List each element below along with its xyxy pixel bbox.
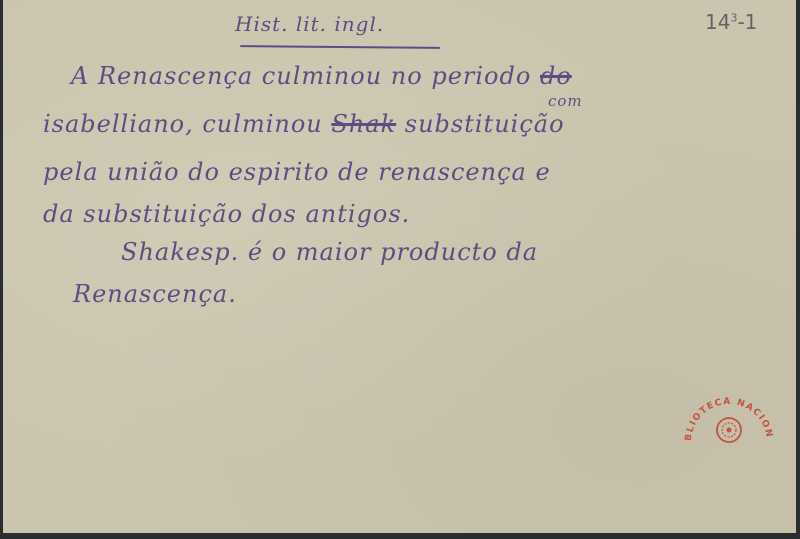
line-2-struck: Shak [331, 110, 396, 138]
heading-underline [240, 45, 440, 49]
ref-suffix: -1 [737, 10, 757, 34]
text-line-3: pela união do espirito de renascença e [43, 158, 551, 186]
line-2-text: isabelliano, culminou [43, 110, 323, 138]
text-line-6: Renascença. [73, 280, 237, 308]
text-line-4: da substituição dos antigos. [43, 200, 410, 228]
library-stamp: BIBLIOTECA NACIONAL [681, 380, 777, 460]
interlinear-insertion: com [548, 92, 583, 110]
document-heading: Hist. lit. ingl. [235, 12, 384, 36]
text-line-2: isabelliano, culminou Shak substituição [43, 110, 565, 138]
reference-number: 143-1 [705, 10, 757, 34]
stamp-seal-icon: BIBLIOTECA NACIONAL [681, 380, 777, 460]
text-line-5: Shakesp. é o maior producto da [121, 238, 538, 266]
line-1-text: A Renascença culminou no periodo [71, 62, 531, 90]
line-2-after: substituição [405, 110, 565, 138]
ref-base: 14 [705, 10, 730, 34]
line-1-struck: do [540, 62, 572, 90]
svg-text:BIBLIOTECA NACIONAL: BIBLIOTECA NACIONAL [681, 380, 774, 441]
manuscript-page: Hist. lit. ingl. 143-1 A Renascença culm… [3, 0, 796, 533]
text-line-1: A Renascença culminou no periodo do [71, 62, 572, 90]
